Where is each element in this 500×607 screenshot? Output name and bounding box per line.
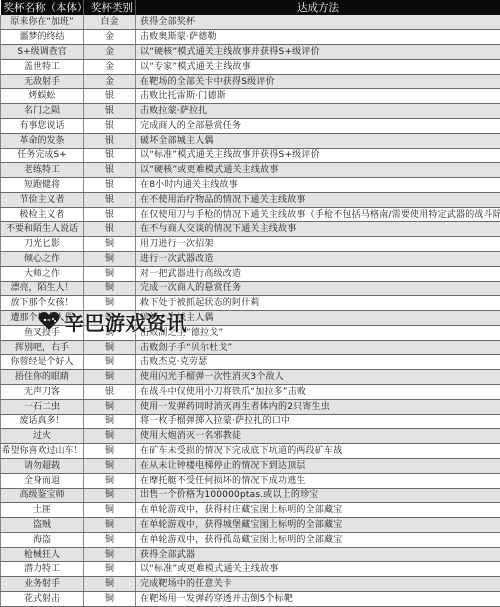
- trophy-type-cell: 铜: [84, 296, 136, 311]
- trophy-name-cell: 花式射击: [1, 591, 84, 606]
- table-row: 遭那个城主人偶铜破坏一个城主人偶: [1, 311, 500, 326]
- trophy-name-cell: 过火: [1, 429, 84, 444]
- method-cell: 在靶场的全部关卡中获得S级评价: [136, 74, 500, 89]
- method-cell: 在从未让钟楼电梯停止的情况下到达顶层: [136, 458, 500, 473]
- table-row: 刀光匕影铜用刀进行一次招架: [1, 237, 500, 252]
- method-cell: 击败比托雷斯·门德斯: [136, 89, 500, 104]
- trophy-type-cell: 铜: [84, 355, 136, 370]
- table-row: 土匪铜在单轮游戏中，获得村庄藏宝图上标明的全部藏宝: [1, 503, 500, 518]
- method-cell: 在仅使用刀与手枪的情况下通关主线故事（手枪不包括马格南/需要使用特定武器的战斗除…: [136, 207, 500, 222]
- table-row: 废话真多！铜将一枚手榴弹掷入拉蒙·萨拉扎的口中: [1, 414, 500, 429]
- trophy-name-cell: 原来你在“加班”: [1, 15, 84, 30]
- table-row: 潜力特工铜以“标准”或更难模式通关主线故事: [1, 562, 500, 577]
- trophy-type-cell: 铜: [84, 399, 136, 414]
- trophy-type-cell: 铜: [84, 562, 136, 577]
- method-cell: 在矿车未受损的情况下完成底下坑道的两段矿车战: [136, 444, 500, 459]
- trophy-type-cell: 铜: [84, 503, 136, 518]
- trophy-name-cell: 盖世特工: [1, 59, 84, 74]
- trophy-type-cell: 铜: [84, 237, 136, 252]
- trophy-name-cell: 不要和陌生人说话: [1, 222, 84, 237]
- table-row: 无声刀客银在战斗中仅使用小刀将铁爪“加拉多”击败: [1, 385, 500, 400]
- table-row: 烤蜈蚣银击败比托雷斯·门德斯: [1, 89, 500, 104]
- table-row: 老练特工银以“硬核”或更难模式通关主线故事: [1, 163, 500, 178]
- method-cell: 完成靶场中的任意关卡: [136, 577, 500, 592]
- method-cell: 在单轮游戏中，获得村庄藏宝图上标明的全部藏宝: [136, 503, 500, 518]
- trophy-type-cell: 铜: [84, 444, 136, 459]
- trophy-type-cell: 铜: [84, 518, 136, 533]
- method-cell: 完成一次商人的悬赏任务: [136, 281, 500, 296]
- method-cell: 击败湖之主“德拉戈”: [136, 325, 500, 340]
- method-cell: 以“硬核”或更难模式通关主线故事: [136, 163, 500, 178]
- trophy-type-cell: 铜: [84, 577, 136, 592]
- method-cell: 将一枚手榴弹掷入拉蒙·萨拉扎的口中: [136, 414, 500, 429]
- trophy-name-cell: 挥别吧，右手: [1, 340, 84, 355]
- table-row: 挥别吧，右手铜击败刽子手“贝尔杜戈”: [1, 340, 500, 355]
- method-cell: 以“标准”或更难模式通关主线故事: [136, 562, 500, 577]
- trophy-type-cell: 金: [84, 59, 136, 74]
- table-row: 业务射手铜完成靶场中的任意关卡: [1, 577, 500, 592]
- trophy-name-cell: 鱼叉投手: [1, 325, 84, 340]
- table-row: 过火铜使用大炮消灭一名邪教徒: [1, 429, 500, 444]
- trophy-type-cell: 银: [84, 178, 136, 193]
- trophy-type-cell: 铜: [84, 252, 136, 267]
- trophy-name-cell: 枪械狂人: [1, 547, 84, 562]
- method-cell: 获得全部奖杯: [136, 15, 500, 30]
- trophy-name-cell: 无敌射手: [1, 74, 84, 89]
- table-row: 盖世特工金以“专家”模式通关主线故事: [1, 59, 500, 74]
- trophy-name-cell: 废话真多！: [1, 414, 84, 429]
- method-cell: 救下处于被抓起状态的阿什莉: [136, 296, 500, 311]
- trophy-name-cell: 潜力特工: [1, 562, 84, 577]
- trophy-table: 奖杯名称（本体） 奖杯类别 达成方法 原来你在“加班”白金获得全部奖杯噩梦的终结…: [0, 0, 500, 607]
- method-cell: 出售一个价格为100000ptas.或以上的珍宝: [136, 488, 500, 503]
- trophy-type-cell: 铜: [84, 311, 136, 326]
- method-cell: 对一把武器进行高级改造: [136, 266, 500, 281]
- method-cell: 在单轮游戏中，获得城堡藏宝图上标明的全部藏宝: [136, 518, 500, 533]
- trophy-type-cell: 金: [84, 74, 136, 89]
- trophy-type-cell: 金: [84, 45, 136, 60]
- trophy-name-cell: 革命的发条: [1, 133, 84, 148]
- table-body: 原来你在“加班”白金获得全部奖杯噩梦的终结金击败奥斯蒙·萨德勒S+级调查官金以“…: [1, 15, 500, 607]
- trophy-name-cell: 请勿超载: [1, 458, 84, 473]
- trophy-name-cell: 业务射手: [1, 577, 84, 592]
- method-cell: 在靶场用一发弹药穿透并击倒5个标靶: [136, 591, 500, 606]
- trophy-type-cell: 铜: [84, 325, 136, 340]
- trophy-type-cell: 铜: [84, 458, 136, 473]
- table-row: 盗贼铜在单轮游戏中，获得城堡藏宝图上标明的全部藏宝: [1, 518, 500, 533]
- column-header-trophy-name: 奖杯名称（本体）: [1, 0, 84, 15]
- trophy-type-cell: 铜: [84, 547, 136, 562]
- table-row: 有事您说话银完成商人的全部悬赏任务: [1, 118, 500, 133]
- table-row: 枪械狂人铜获得全部武器: [1, 547, 500, 562]
- trophy-type-cell: 银: [84, 192, 136, 207]
- trophy-name-cell: 名门之陨: [1, 104, 84, 119]
- trophy-name-cell: 老练特工: [1, 163, 84, 178]
- table-row: 鱼叉投手铜击败湖之主“德拉戈”: [1, 325, 500, 340]
- trophy-type-cell: 铜: [84, 281, 136, 296]
- trophy-name-cell: 噩梦的终结: [1, 30, 84, 45]
- trophy-name-cell: 一石二虫: [1, 399, 84, 414]
- trophy-name-cell: 捂住你的眼睛: [1, 370, 84, 385]
- method-cell: 以“专家”模式通关主线故事: [136, 59, 500, 74]
- table-row: 噩梦的终结金击败奥斯蒙·萨德勒: [1, 30, 500, 45]
- table-row: 你曾经是个好人铜击败杰克·克劳瑟: [1, 355, 500, 370]
- method-cell: 在8小时内通关主线故事: [136, 178, 500, 193]
- trophy-name-cell: 高级鉴宝师: [1, 488, 84, 503]
- trophy-type-cell: 铜: [84, 591, 136, 606]
- table-row: 捂住你的眼睛铜使用闪光手榴弹一次性消灭3个敌人: [1, 370, 500, 385]
- trophy-type-cell: 银: [84, 385, 136, 400]
- table-row: S+级调查官金以“硬核”模式通关主线故事并获得S+级评价: [1, 45, 500, 60]
- method-cell: 破坏全部城主人偶: [136, 133, 500, 148]
- table-row: 大师之作铜对一把武器进行高级改造: [1, 266, 500, 281]
- trophy-type-cell: 银: [84, 207, 136, 222]
- method-cell: 击败杰克·克劳瑟: [136, 355, 500, 370]
- method-cell: 以“硬核”模式通关主线故事并获得S+级评价: [136, 45, 500, 60]
- table-row: 短跑健将银在8小时内通关主线故事: [1, 178, 500, 193]
- trophy-type-cell: 银: [84, 163, 136, 178]
- table-header-row: 奖杯名称（本体） 奖杯类别 达成方法: [1, 0, 500, 15]
- trophy-type-cell: 银: [84, 118, 136, 133]
- trophy-name-cell: 无声刀客: [1, 385, 84, 400]
- method-cell: 在战斗中仅使用小刀将铁爪“加拉多”击败: [136, 385, 500, 400]
- column-header-method: 达成方法: [136, 0, 500, 15]
- table-row: 极检主义者银在仅使用刀与手枪的情况下通关主线故事（手枪不包括马格南/需要使用特定…: [1, 207, 500, 222]
- table-row: 全身而退铜在摩托艇不受任何损坏的情况下成功逃生: [1, 473, 500, 488]
- table-row: 名门之陨银击败拉蒙·萨拉扎: [1, 104, 500, 119]
- trophy-name-cell: 海盗: [1, 532, 84, 547]
- trophy-type-cell: 铜: [84, 370, 136, 385]
- trophy-type-cell: 银: [84, 89, 136, 104]
- trophy-name-cell: 节俭主义者: [1, 192, 84, 207]
- trophy-type-cell: 铜: [84, 429, 136, 444]
- trophy-name-cell: 极检主义者: [1, 207, 84, 222]
- trophy-name-cell: 你曾经是个好人: [1, 355, 84, 370]
- method-cell: 在不使用治疗物品的情况下通关主线故事: [136, 192, 500, 207]
- trophy-type-cell: 铜: [84, 488, 136, 503]
- method-cell: 获得全部武器: [136, 547, 500, 562]
- method-cell: 以“标准”模式通关主线故事并获得S+级评价: [136, 148, 500, 163]
- trophy-name-cell: S+级调查官: [1, 45, 84, 60]
- table-row: 无敌射手金在靶场的全部关卡中获得S级评价: [1, 74, 500, 89]
- method-cell: 使用一发弹药同时消灭再生者体内的2只寄生虫: [136, 399, 500, 414]
- method-cell: 进行一次武器改造: [136, 252, 500, 267]
- method-cell: 完成商人的全部悬赏任务: [136, 118, 500, 133]
- trophy-name-cell: 放下那个女孩！: [1, 296, 84, 311]
- trophy-name-cell: 任务完成S+: [1, 148, 84, 163]
- column-header-trophy-type: 奖杯类别: [84, 0, 136, 15]
- method-cell: 使用闪光手榴弹一次性消灭3个敌人: [136, 370, 500, 385]
- trophy-name-cell: 希望你喜欢过山车！: [1, 444, 84, 459]
- trophy-name-cell: 漂亮，陌生人！: [1, 281, 84, 296]
- trophy-name-cell: 短跑健将: [1, 178, 84, 193]
- trophy-name-cell: 全身而退: [1, 473, 84, 488]
- table-row: 高级鉴宝师铜出售一个价格为100000ptas.或以上的珍宝: [1, 488, 500, 503]
- table-row: 请勿超载铜在从未让钟楼电梯停止的情况下到达顶层: [1, 458, 500, 473]
- method-cell: 破坏一个城主人偶: [136, 311, 500, 326]
- trophy-type-cell: 银: [84, 222, 136, 237]
- trophy-type-cell: 铜: [84, 266, 136, 281]
- table-row: 不要和陌生人说话银在不与商人交谈的情况下通关主线故事: [1, 222, 500, 237]
- trophy-type-cell: 银: [84, 133, 136, 148]
- table-row: 节俭主义者银在不使用治疗物品的情况下通关主线故事: [1, 192, 500, 207]
- method-cell: 使用大炮消灭一名邪教徒: [136, 429, 500, 444]
- trophy-type-cell: 银: [84, 148, 136, 163]
- trophy-name-cell: 土匪: [1, 503, 84, 518]
- trophy-type-cell: 铜: [84, 473, 136, 488]
- trophy-name-cell: 刀光匕影: [1, 237, 84, 252]
- table-row: 花式射击铜在靶场用一发弹药穿透并击倒5个标靶: [1, 591, 500, 606]
- table-row: 原来你在“加班”白金获得全部奖杯: [1, 15, 500, 30]
- trophy-name-cell: 遭那个城主人偶: [1, 311, 84, 326]
- method-cell: 击败刽子手“贝尔杜戈”: [136, 340, 500, 355]
- table-row: 海盗铜在单轮游戏中，获得孤岛藏宝图上标明的全部藏宝: [1, 532, 500, 547]
- trophy-type-cell: 银: [84, 104, 136, 119]
- trophy-type-cell: 白金: [84, 15, 136, 30]
- trophy-name-cell: 大师之作: [1, 266, 84, 281]
- trophy-type-cell: 铜: [84, 340, 136, 355]
- trophy-type-cell: 金: [84, 30, 136, 45]
- trophy-type-cell: 铜: [84, 532, 136, 547]
- trophy-name-cell: 有事您说话: [1, 118, 84, 133]
- table-row: 任务完成S+银以“标准”模式通关主线故事并获得S+级评价: [1, 148, 500, 163]
- method-cell: 在不与商人交谈的情况下通关主线故事: [136, 222, 500, 237]
- table-row: 革命的发条银破坏全部城主人偶: [1, 133, 500, 148]
- table-row: 一石二虫铜使用一发弹药同时消灭再生者体内的2只寄生虫: [1, 399, 500, 414]
- table-row: 倾心之作铜进行一次武器改造: [1, 252, 500, 267]
- trophy-name-cell: 烤蜈蚣: [1, 89, 84, 104]
- method-cell: 击败奥斯蒙·萨德勒: [136, 30, 500, 45]
- method-cell: 在单轮游戏中，获得孤岛藏宝图上标明的全部藏宝: [136, 532, 500, 547]
- method-cell: 用刀进行一次招架: [136, 237, 500, 252]
- trophy-name-cell: 盗贼: [1, 518, 84, 533]
- trophy-type-cell: 铜: [84, 414, 136, 429]
- trophy-name-cell: 倾心之作: [1, 252, 84, 267]
- table-row: 放下那个女孩！铜救下处于被抓起状态的阿什莉: [1, 296, 500, 311]
- method-cell: 击败拉蒙·萨拉扎: [136, 104, 500, 119]
- table-row: 希望你喜欢过山车！铜在矿车未受损的情况下完成底下坑道的两段矿车战: [1, 444, 500, 459]
- table-row: 漂亮，陌生人！铜完成一次商人的悬赏任务: [1, 281, 500, 296]
- method-cell: 在摩托艇不受任何损坏的情况下成功逃生: [136, 473, 500, 488]
